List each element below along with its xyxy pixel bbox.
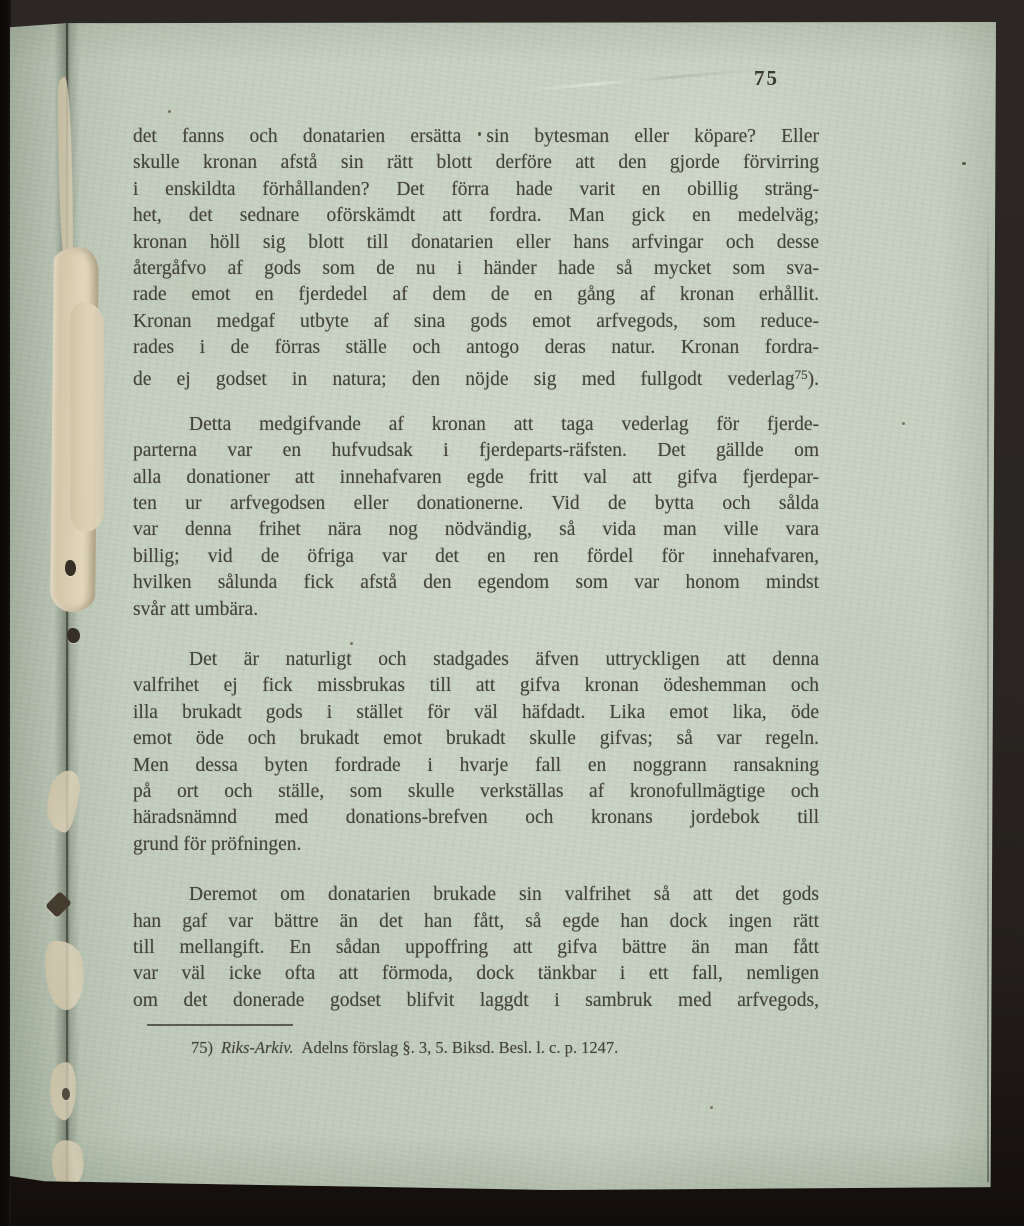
text-line: hvilken sålunda fick afstå den egendom s… <box>133 570 819 596</box>
text-line: billig; vid de öfriga var det en ren för… <box>133 544 819 570</box>
footnote-reference: 75 <box>795 367 808 382</box>
paragraph-3: Det är naturligt och stadgades äfven utt… <box>133 647 819 858</box>
paper-speck <box>168 110 171 113</box>
torn-paper-fray <box>42 938 87 1012</box>
paper-crease <box>522 67 771 92</box>
text-line: grund för pröfningen. <box>133 832 819 858</box>
page-number: 75 <box>754 66 779 91</box>
text-line: ten ur arfvegodsen eller donationerne. V… <box>133 491 819 517</box>
paper-speck <box>710 1106 713 1109</box>
footnote-text: Adelns förslag §. 3, 5. Biksd. Besl. l. … <box>302 1038 619 1057</box>
stitch-hole <box>65 560 76 576</box>
torn-paper-fray <box>48 1138 87 1190</box>
text-line: återgåfvo af gods som de nu i händer had… <box>133 256 819 282</box>
text-segment: de ej godset in natura; den nöjde sig me… <box>133 369 795 390</box>
text-line: parterna var en hufvudsak i fjerdeparts-… <box>133 438 819 464</box>
page-edge-line <box>987 202 989 1182</box>
text-line: till mellangift. En sådan uppoffring att… <box>133 935 819 961</box>
text-line: Detta medgifvande af kronan att taga ved… <box>133 412 819 438</box>
book-page: 75 det fanns och donatarien ersätta sin … <box>10 22 996 1190</box>
stitch-hole <box>67 628 80 643</box>
paragraph-2: Detta medgifvande af kronan att taga ved… <box>133 412 819 623</box>
text-segment: ). <box>808 369 819 390</box>
scanned-book-photo: 75 det fanns och donatarien ersätta sin … <box>0 0 1024 1226</box>
text-line: var denna frihet nära nog nödvändig, så … <box>133 517 819 543</box>
text-line: de ej godset in natura; den nöjde sig me… <box>133 362 819 388</box>
text-line: Kronan medgaf utbyte af sina gods emot a… <box>133 309 819 335</box>
text-line: det fanns och donatarien ersätta sin byt… <box>133 124 819 150</box>
text-line: Deremot om donatarien brukade sin valfri… <box>133 882 819 908</box>
text-line: emot öde och brukadt emot brukadt skulle… <box>133 726 819 752</box>
paragraph-1: det fanns och donatarien ersätta sin byt… <box>133 124 819 388</box>
text-line: häradsnämnd med donations-brefven och kr… <box>133 805 819 831</box>
footnote-rule <box>147 1024 293 1026</box>
text-line: illa brukadt gods i stället för väl häfd… <box>133 700 819 726</box>
paper-speck <box>962 162 966 165</box>
footnote-marker: 75) <box>191 1038 213 1057</box>
page-text: det fanns och donatarien ersätta sin byt… <box>133 124 819 1059</box>
text-line: i enskildta förhållanden? Det förra hade… <box>133 177 819 203</box>
text-line: alla donationer att innehafvaren egde fr… <box>133 465 819 491</box>
footnote: 75)Riks-Arkiv.Adelns förslag §. 3, 5. Bi… <box>133 1037 819 1059</box>
text-line: svår att umbära. <box>133 597 819 623</box>
text-line: han gaf var bättre än det han fått, så e… <box>133 909 819 935</box>
text-line: het, det sednare oförskämdt att fordra. … <box>133 203 819 229</box>
text-line: valfrihet ej fick missbrukas till att gi… <box>133 673 819 699</box>
footnote-source: Riks-Arkiv. <box>221 1038 294 1057</box>
text-line: på ort och ställe, som skulle verkställa… <box>133 779 819 805</box>
paper-speck <box>902 422 905 425</box>
book-spine-shadow <box>0 0 11 1226</box>
text-line: kronan höll sig blott till donatarien el… <box>133 230 819 256</box>
text-line: rades i de förras ställe och antogo dera… <box>133 335 819 361</box>
text-line: skulle kronan afstå sin rätt blott derfö… <box>133 150 819 176</box>
stitch-hole <box>62 1088 70 1100</box>
text-line: rade emot en fjerdedel af dem de en gång… <box>133 282 819 308</box>
text-line: om det donerade godset blifvit laggdt i … <box>133 988 819 1014</box>
text-line: var väl icke ofta att förmoda, dock tänk… <box>133 961 819 987</box>
paragraph-4: Deremot om donatarien brukade sin valfri… <box>133 882 819 1014</box>
torn-paper-strip <box>70 302 104 532</box>
text-line: Det är naturligt och stadgades äfven utt… <box>133 647 819 673</box>
text-line: Men dessa byten fordrade i hvarje fall e… <box>133 753 819 779</box>
